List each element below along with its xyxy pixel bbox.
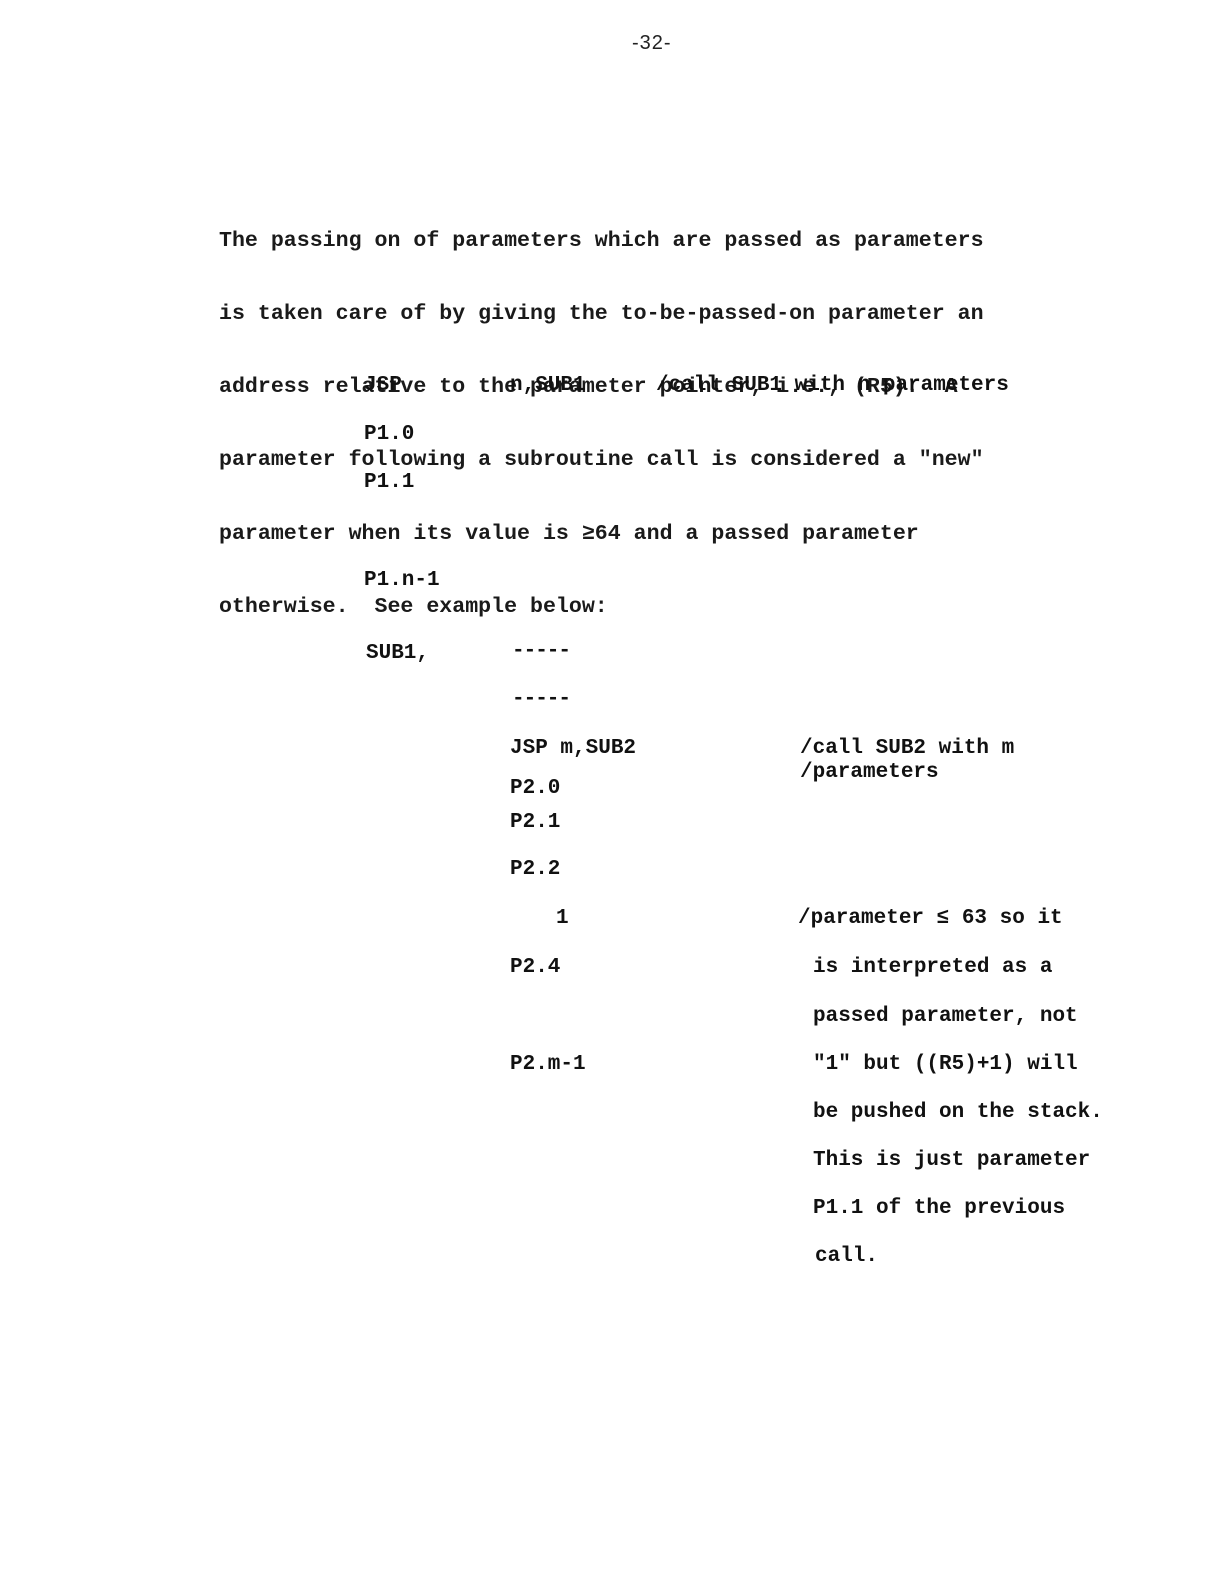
intro-line: The passing on of parameters which are p…	[219, 229, 984, 253]
param2-4: P2.4	[510, 956, 560, 979]
page-number: -32-	[632, 32, 672, 55]
placeholder-line: -----	[512, 688, 570, 711]
param2-m-1: P2.m-1	[510, 1053, 586, 1076]
note-line: /parameter ≤ 63 so it	[798, 907, 1063, 930]
intro-line: otherwise. See example below:	[219, 595, 984, 619]
param1-1: P1.1	[364, 471, 414, 494]
sub1-label: SUB1,	[366, 642, 429, 665]
call1-comment: /call SUB1 with n parameters	[656, 374, 1009, 397]
param2-0: P2.0	[510, 777, 560, 800]
intro-line: parameter when its value is ≥64 and a pa…	[219, 522, 984, 546]
intro-line: is taken care of by giving the to-be-pas…	[219, 302, 984, 326]
param2-2: P2.2	[510, 858, 560, 881]
call1-args: n,SUB1	[510, 374, 586, 397]
note-line: passed parameter, not	[813, 1005, 1078, 1028]
placeholder-line: -----	[512, 640, 570, 663]
param2-1: P2.1	[510, 811, 560, 834]
note-line: "1" but ((R5)+1) will	[813, 1053, 1078, 1076]
call1-opcode: JSP	[364, 374, 402, 397]
param2-3-literal: 1	[556, 907, 569, 930]
note-line: be pushed on the stack.	[813, 1101, 1103, 1124]
param1-0: P1.0	[364, 423, 414, 446]
note-line: P1.1 of the previous	[813, 1197, 1065, 1220]
intro-line: parameter following a subroutine call is…	[219, 448, 984, 472]
call2-comment: /parameters	[800, 761, 939, 784]
param1-n-1: P1.n-1	[364, 569, 440, 592]
note-line: is interpreted as a	[813, 956, 1052, 979]
note-line: This is just parameter	[813, 1149, 1090, 1172]
note-line: call.	[815, 1245, 878, 1268]
call2-instruction: JSP m,SUB2	[510, 737, 636, 760]
intro-paragraph: The passing on of parameters which are p…	[219, 180, 984, 644]
call2-comment: /call SUB2 with m	[800, 737, 1014, 760]
